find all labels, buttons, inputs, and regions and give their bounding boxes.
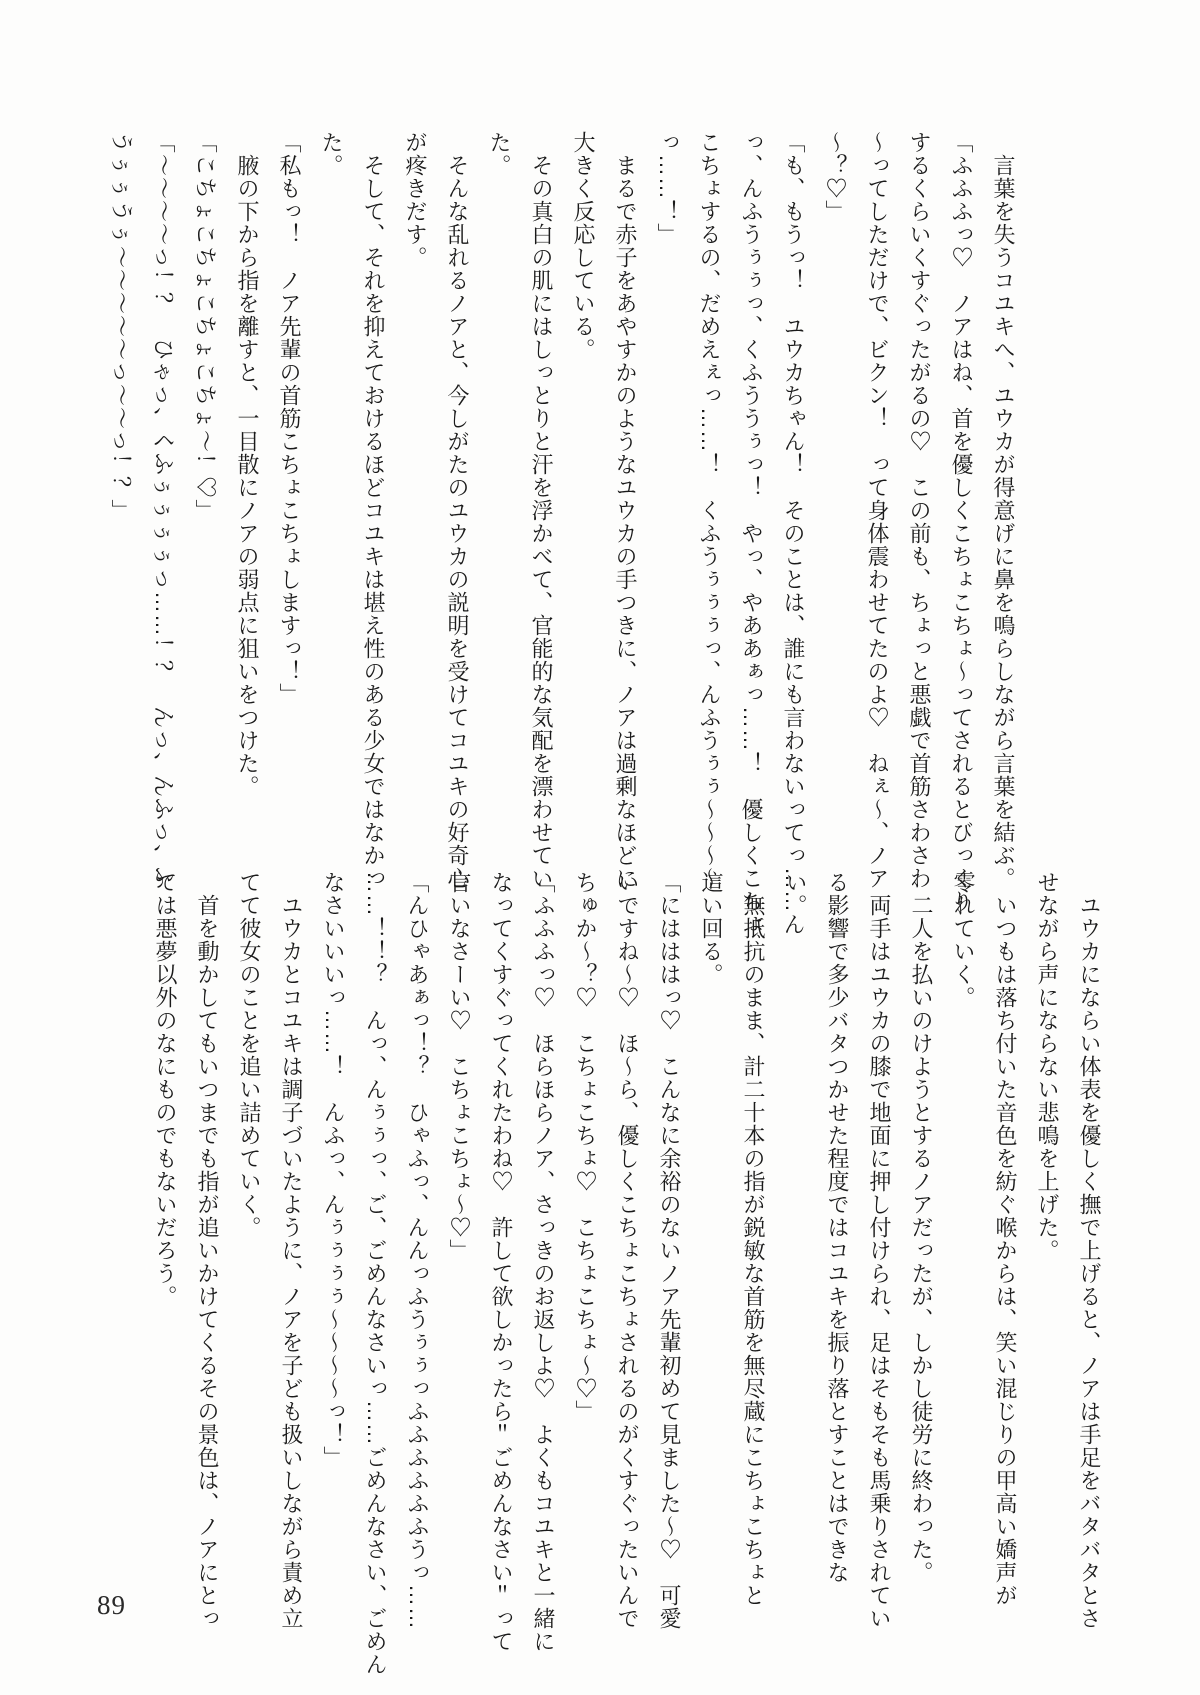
text-column: 腋の下から指を離すと、一目散にノアの弱点に狙いをつけた。 xyxy=(226,131,268,879)
text-column: 零れていく。 xyxy=(942,871,984,1619)
page-number: 89 xyxy=(97,1590,126,1621)
text-column: 二人を払いのけようとするノアだったが、しかし徒労に終わった。 xyxy=(900,871,942,1619)
text-column: 這い回る。 xyxy=(690,871,732,1619)
text-column: そんな乱れるノアと、今しがたのユウカの説明を受けてコユキの好奇心 xyxy=(436,131,478,879)
text-column: 言いなさーい♡ こちょこちょ～♡」 xyxy=(438,871,480,1619)
text-column: ユウカにならい体表を優しく撫で上げると、ノアは手足をバタバタとさ xyxy=(1068,871,1110,1619)
text-column: 「～～～～っ！？ ひゃっ、くふぅぅぅぅっ……！？ んっ、んふっ、ふ xyxy=(142,131,184,879)
text-column: た。 xyxy=(478,131,520,879)
text-column: 「こちょこちょこちょこちょ～！♡」 xyxy=(184,131,226,879)
text-column: てて彼女のことを追い詰めていく。 xyxy=(228,871,270,1619)
text-column: するくらいくすぐったがるの♡ この前も、ちょっと悪戯で首筋さわさわ xyxy=(898,131,940,879)
text-column: ～ってしただけで、ビクン！ って身体震わせてたのよ♡ ねぇ～、ノア xyxy=(856,131,898,879)
text-column: 「私もっ！ ノア先輩の首筋こちょこちょしますっ！」 xyxy=(268,131,310,879)
text-column: 言葉を失うコユキへ、ユウカが得意げに鼻を鳴らしながら言葉を結ぶ。 xyxy=(982,131,1024,879)
text-column: ～？♡」 xyxy=(814,131,856,879)
text-column: なさいいいっ……！ んふっ、んぅぅぅぅ～～～～っ！」 xyxy=(312,871,354,1619)
text-column: 大きく反応している。 xyxy=(562,131,604,879)
text-column: い。 xyxy=(774,871,816,1619)
text-column: そして、それを抑えておけるほどコユキは堪え性のある少女ではなかっ xyxy=(352,131,394,879)
lower-text-block: ユウカにならい体表を優しく撫で上げると、ノアは手足をバタバタとさせながら声になら… xyxy=(144,871,1110,1619)
text-column: 首を動かしてもいつまでも指が追いかけてくるその景色は、ノアにとっ xyxy=(186,871,228,1619)
text-column: 「にはははっ♡ こんなに余裕のないノア先輩初めて見ました～♡ 可愛 xyxy=(648,871,690,1619)
text-column: ……！！？ んっ、んぅぅっ、ご、ごめんなさいっ……ごめんなさい、ごめん xyxy=(354,871,396,1619)
text-column: た。 xyxy=(310,131,352,879)
text-column: いつもは落ち付いた音色を紡ぐ喉からは、笑い混じりの甲高い嬌声が xyxy=(984,871,1026,1619)
text-column: うぅぅうぅ～～～～～っ～～っ！？」 xyxy=(100,131,142,879)
text-column: ユウカとコユキは調子づいたように、ノアを子ども扱いしながら責め立 xyxy=(270,871,312,1619)
text-column: 両手はユウカの膝で地面に押し付けられ、足はそもそも馬乗りされてい xyxy=(858,871,900,1619)
upper-text-block: 言葉を失うコユキへ、ユウカが得意げに鼻を鳴らしながら言葉を結ぶ。「ふふふっ♡ ノ… xyxy=(100,131,1024,879)
text-column: る影響で多少バタつかせた程度ではコユキを振り落とすことはできな xyxy=(816,871,858,1619)
text-column: ては悪夢以外のなにものでもないだろう。 xyxy=(144,871,186,1619)
text-column: まるで赤子をあやすかのようなユウカの手つきに、ノアは過剰なほどに xyxy=(604,131,646,879)
text-column: ちゅか～？♡ こちょこちょ♡ こちょこちょ～♡」 xyxy=(564,871,606,1619)
text-column: 無抵抗のまま、計二十本の指が鋭敏な首筋を無尽蔵にこちょこちょと xyxy=(732,871,774,1619)
text-column: っ……！」 xyxy=(646,131,688,879)
text-column: 「ふふふっ♡ ノアはね、首を優しくこちょこちょ～ってされるとびっくり xyxy=(940,131,982,879)
text-column: せながら声にならない悲鳴を上げた。 xyxy=(1026,871,1068,1619)
text-column: その真白の肌にはしっとりと汗を浮かべて、官能的な気配を漂わせてい xyxy=(520,131,562,879)
text-column: 「ふふふっ♡ ほらほらノア、さっきのお返しよ♡ よくもコユキと一緒に xyxy=(522,871,564,1619)
text-column: 「んひゃあぁっ！？ ひゃふっ、んんっふうぅぅっふふふふふふうっ…… xyxy=(396,871,438,1619)
text-column: いですね～♡ ほ～ら、優しくこちょこちょされるのがくすぐったいんで xyxy=(606,871,648,1619)
text-column: が疼きだす。 xyxy=(394,131,436,879)
text-column: こちょするの、だめえぇっ……！ くふうぅぅぅっ、んふうぅぅ～～～～ xyxy=(688,131,730,879)
text-column: なってくすぐってくれたわね♡ 許して欲しかったら＂ごめんなさい＂って xyxy=(480,871,522,1619)
text-column: 「も、もうっ！ ユウカちゃん！ そのことは、誰にも言わないってっ……ん xyxy=(772,131,814,879)
text-column: っ、んふうぅぅっ、くふううぅっ！ やっ、やああぁっ……！ 優しくこちょ xyxy=(730,131,772,879)
